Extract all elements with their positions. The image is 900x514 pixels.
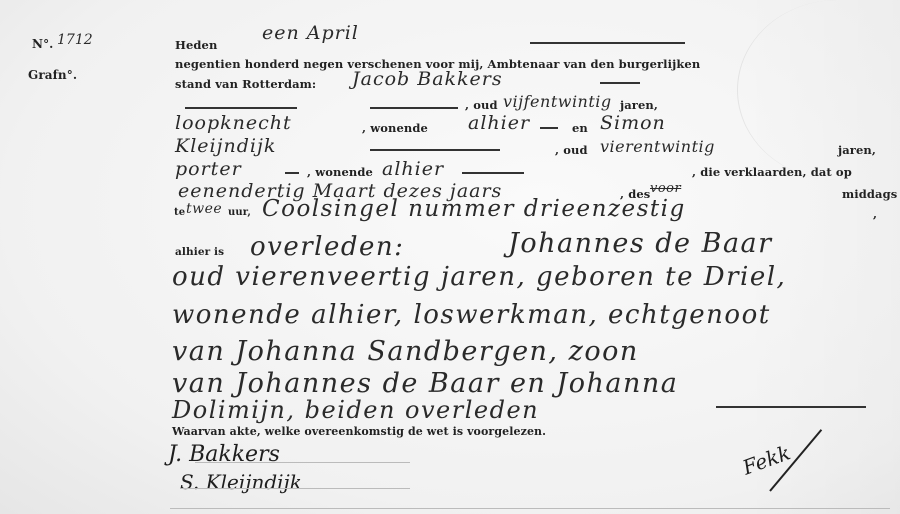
fill-line xyxy=(462,172,524,174)
comparant1-occupation: loopknecht xyxy=(175,112,292,134)
signature-line xyxy=(195,462,410,463)
comparant2-residence: alhier xyxy=(382,158,444,180)
overleden-text: overleden: xyxy=(250,232,404,262)
comparant2-last-name: Kleijndijk xyxy=(175,135,276,157)
grafnummer-label: Grafn°. xyxy=(28,68,77,82)
comparant2-age: vierentwintig xyxy=(600,137,715,156)
deceased-parents-cont: Dolimijn, beiden overleden xyxy=(172,396,539,424)
en-label: en xyxy=(572,121,588,135)
comparant1-residence: alhier xyxy=(468,112,530,134)
jaren-label-2: jaren, xyxy=(838,143,876,157)
fill-line xyxy=(185,107,297,109)
comma: , xyxy=(873,207,877,221)
record-number-label: N°. xyxy=(32,37,53,51)
time-of-day-struck: voor xyxy=(650,181,681,196)
bottom-rule xyxy=(170,508,890,509)
fill-line xyxy=(540,127,558,129)
fill-line xyxy=(530,42,685,44)
oud-label-2: , oud xyxy=(555,143,588,157)
signature-line xyxy=(180,488,410,489)
wonende-label: , wonende xyxy=(362,121,428,135)
deceased-parents: van Johannes de Baar en Johanna xyxy=(172,368,678,399)
fill-line xyxy=(370,149,500,151)
comparant1-name: Jacob Bakkers xyxy=(352,68,503,90)
hour-of-death: twee xyxy=(186,201,222,217)
deceased-age-birthplace: oud vierenveertig jaren, geboren te Drie… xyxy=(172,262,786,292)
wonende-label-2: , wonende xyxy=(307,165,373,179)
fill-line xyxy=(600,82,640,84)
comparant2-first-name: Simon xyxy=(600,112,666,134)
middags-label: middags xyxy=(842,187,897,201)
uur-label: uur, xyxy=(228,207,251,218)
alhier-is-label: alhier is xyxy=(175,246,224,258)
place-of-death-address: Coolsingel nummer drieenzestig xyxy=(262,196,686,222)
verklaarden-label: , die verklaarden, dat op xyxy=(692,165,852,179)
record-number: 1712 xyxy=(57,32,93,48)
te-label: te xyxy=(174,207,185,218)
fill-line xyxy=(285,172,299,174)
deceased-spouse: van Johanna Sandbergen, zoon xyxy=(172,336,639,367)
jaren-label: jaren, xyxy=(620,98,658,112)
closing-statement: Waarvan akte, welke overeenkomstig de we… xyxy=(172,425,546,438)
date-of-act: een April xyxy=(262,22,359,44)
deceased-name: Johannes de Baar xyxy=(508,228,773,259)
comparant1-age: vijfentwintig xyxy=(503,92,612,111)
stand-van-rotterdam-label: stand van Rotterdam: xyxy=(175,77,316,91)
deceased-residence-occupation: wonende alhier, loswerkman, echtgenoot xyxy=(172,300,771,330)
signature-comparant2: S. Kleijndijk xyxy=(180,470,302,494)
fill-line xyxy=(370,107,458,109)
heden-label: Heden xyxy=(175,38,217,52)
signature-comparant1: J. Bakkers xyxy=(168,442,280,467)
comparant2-occupation: porter xyxy=(175,158,242,180)
civil-death-record-page: N°. 1712 Grafn°. Heden een April negenti… xyxy=(0,0,900,514)
fill-line xyxy=(716,406,866,408)
oud-label: , oud xyxy=(465,98,498,112)
